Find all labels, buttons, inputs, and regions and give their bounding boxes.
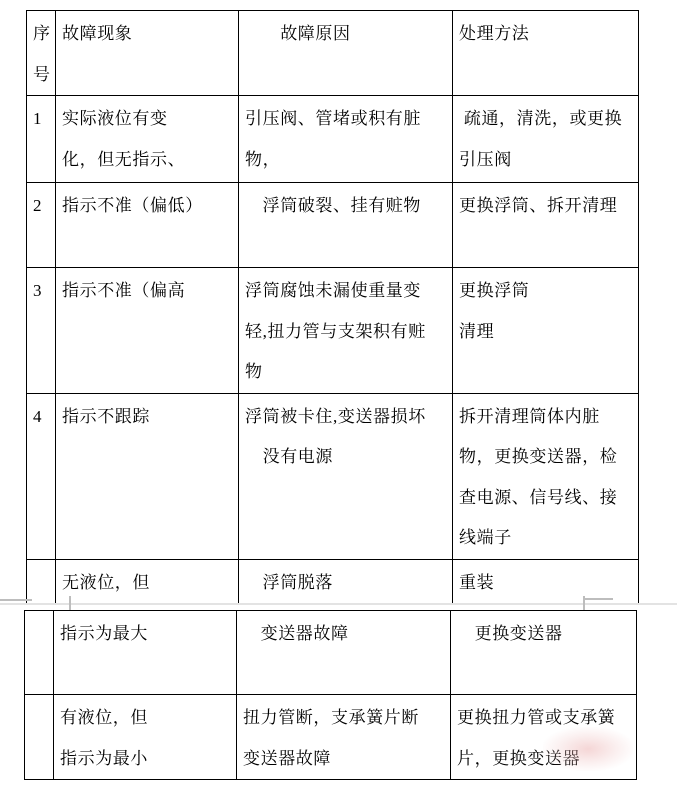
cell-text-line: 片，更换变送器 — [457, 739, 634, 780]
cell-text-line: 没有电源 — [245, 437, 450, 478]
table-cell — [25, 611, 54, 695]
table-cell: 变送器故障 — [237, 611, 451, 695]
cell-text-line: 4 — [33, 397, 53, 438]
document-page: 序号故障现象 故障原因处理方法1实际液位有变化，但无指示、引压阀、管堵或积有脏物… — [0, 0, 677, 787]
table-cell: 更换浮筒清理 — [453, 268, 639, 394]
cell-text-line: 更换扭力管或支承簧 — [457, 698, 634, 739]
fault-table-segment-2: 指示为最大 变送器故障 更换变送器有液位，但指示为最小扭力管断，支承簧片断变送器… — [24, 610, 637, 780]
table-cell: 2 — [27, 183, 56, 268]
table-cell: 重装 — [453, 559, 639, 604]
table-cell: 无液位，但 — [56, 559, 239, 604]
table-cell: 有液位，但指示为最小 — [54, 695, 237, 780]
cell-text-line: 物 — [245, 352, 450, 393]
cell-text-line: 疏通，清洗，或更换 — [459, 99, 636, 140]
cell-text-line: 变送器故障 — [243, 614, 448, 655]
cell-text-line: 物， — [245, 140, 450, 181]
table-cell: 实际液位有变化，但无指示、 — [56, 96, 239, 183]
cell-text-line: 号 — [33, 55, 53, 96]
cell-text-line: 拆开清理筒体内脏 — [459, 397, 636, 438]
cell-text-line: 更换浮筒 — [459, 271, 636, 312]
cell-text-line: 扭力管断，支承簧片断 — [243, 698, 448, 739]
cell-text-line: 实际液位有变 — [62, 99, 236, 140]
cell-text-line: 更换变送器 — [457, 614, 634, 655]
cell-text-line: 重装 — [459, 563, 636, 604]
table-cell: 更换浮筒、拆开清理 — [453, 183, 639, 268]
table-row: 有液位，但指示为最小扭力管断，支承簧片断变送器故障更换扭力管或支承簧片，更换变送… — [25, 695, 637, 780]
table-row: 无液位，但 浮筒脱落重装 — [27, 559, 639, 604]
cell-text-line: 指示为最小 — [60, 739, 234, 780]
table-cell: 3 — [27, 268, 56, 394]
cell-text-line: 更换浮筒、拆开清理 — [459, 186, 636, 227]
table-cell: 指示不准（偏高 — [56, 268, 239, 394]
table-cell: 4 — [27, 393, 56, 559]
cell-text-line: 有液位，但 — [60, 698, 234, 739]
table-cell: 指示不跟踪 — [56, 393, 239, 559]
cell-text-line: 浮筒腐蚀未漏使重量变 — [245, 271, 450, 312]
table-cell: 指示为最大 — [54, 611, 237, 695]
table-row: 1实际液位有变化，但无指示、引压阀、管堵或积有脏物， 疏通，清洗，或更换引压阀 — [27, 96, 639, 183]
cell-text-line: 化，但无指示、 — [62, 140, 236, 181]
cell-text-line: 无液位，但 — [62, 563, 236, 604]
cell-text-line: 引压阀、管堵或积有脏 — [245, 99, 450, 140]
cell-text-line: 指示不跟踪 — [62, 397, 236, 438]
table-cell: 更换变送器 — [451, 611, 637, 695]
table-cell: 疏通，清洗，或更换引压阀 — [453, 96, 639, 183]
cell-text-line: 引压阀 — [459, 140, 636, 181]
table-cell: 浮筒腐蚀未漏使重量变轻,扭力管与支架积有赃物 — [239, 268, 453, 394]
table-cell: 指示不准（偏低） — [56, 183, 239, 268]
table-cell: 浮筒脱落 — [239, 559, 453, 604]
cell-text-line: 轻,扭力管与支架积有赃 — [245, 312, 450, 353]
cell-text-line: 线端子 — [459, 518, 636, 559]
table-header-row: 序号故障现象 故障原因处理方法 — [27, 11, 639, 96]
table-cell: 拆开清理筒体内脏物，更换变送器，检查电源、信号线、接线端子 — [453, 393, 639, 559]
cell-text-line: 1 — [33, 99, 53, 140]
table-row: 4指示不跟踪浮筒被卡住,变送器损坏 没有电源拆开清理筒体内脏物，更换变送器，检查… — [27, 393, 639, 559]
table-row: 指示为最大 变送器故障 更换变送器 — [25, 611, 637, 695]
table-cell: 1 — [27, 96, 56, 183]
cell-text-line: 2 — [33, 186, 53, 227]
table-cell: 扭力管断，支承簧片断变送器故障 — [237, 695, 451, 780]
cell-text-line: 指示不准（偏低） — [62, 186, 236, 227]
table-cell — [25, 695, 54, 780]
cell-text-line: 变送器故障 — [243, 739, 448, 780]
cell-text-line: 3 — [33, 271, 53, 312]
cell-text-line: 序 — [33, 14, 53, 55]
cell-text-line: 故障原因 — [245, 14, 450, 55]
cell-text-line: 处理方法 — [459, 14, 636, 55]
header-cell: 序号 — [27, 11, 56, 96]
table-row: 2指示不准（偏低） 浮筒破裂、挂有赃物更换浮筒、拆开清理 — [27, 183, 639, 268]
cell-text-line: 清理 — [459, 312, 636, 353]
table-cell: 浮筒破裂、挂有赃物 — [239, 183, 453, 268]
cell-text-line: 浮筒被卡住,变送器损坏 — [245, 397, 450, 438]
table-cell: 浮筒被卡住,变送器损坏 没有电源 — [239, 393, 453, 559]
cell-text-line: 物，更换变送器，检 — [459, 437, 636, 478]
header-cell: 故障现象 — [56, 11, 239, 96]
cell-text-line: 查电源、信号线、接 — [459, 478, 636, 519]
cell-text-line: 浮筒破裂、挂有赃物 — [245, 186, 450, 227]
cell-text-line: 浮筒脱落 — [245, 563, 450, 604]
table-cell: 引压阀、管堵或积有脏物， — [239, 96, 453, 183]
cell-text-line: 故障现象 — [62, 14, 236, 55]
table-cell: 更换扭力管或支承簧片，更换变送器 — [451, 695, 637, 780]
header-cell: 处理方法 — [453, 11, 639, 96]
header-cell: 故障原因 — [239, 11, 453, 96]
table-row: 3指示不准（偏高浮筒腐蚀未漏使重量变轻,扭力管与支架积有赃物更换浮筒清理 — [27, 268, 639, 394]
fault-table-segment-1: 序号故障现象 故障原因处理方法1实际液位有变化，但无指示、引压阀、管堵或积有脏物… — [26, 10, 639, 604]
cell-text-line: 指示为最大 — [60, 614, 234, 655]
table-cell — [27, 559, 56, 604]
cell-text-line: 指示不准（偏高 — [62, 271, 236, 312]
